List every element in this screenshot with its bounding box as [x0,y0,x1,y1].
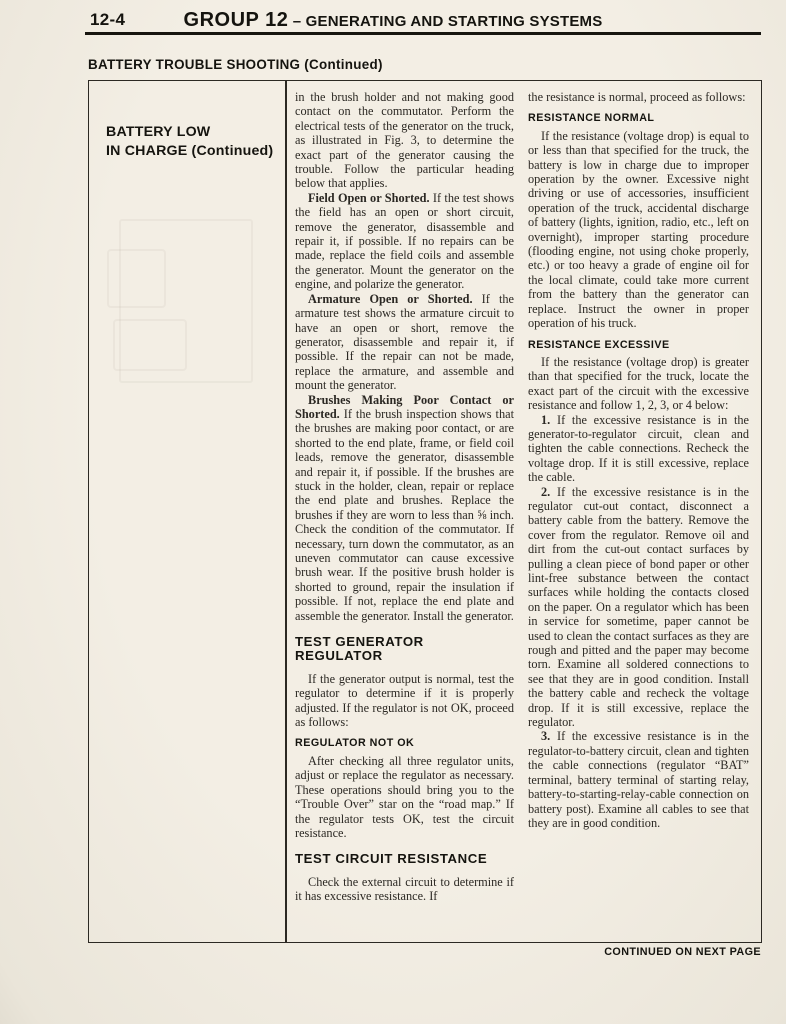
paragraph-lead: 2. [541,485,557,499]
paragraph: Check the external circuit to determine … [295,875,514,904]
row-label-line1: BATTERY LOW [106,124,210,140]
column-divider [285,81,287,942]
column-heading: TEST GENERATOR REGULATOR [295,635,514,664]
footer-continued-note: CONTINUED ON NEXT PAGE [604,946,761,958]
paragraph: 3. If the excessive resistance is in the… [528,729,749,830]
row-label: BATTERY LOW IN CHARGE (Continued) [106,123,276,161]
column-middle: in the brush holder and not making good … [295,90,514,904]
paragraph: If the generator output is normal, test … [295,672,514,730]
header-rule [85,32,761,35]
group-header-group: GROUP 12 [184,9,289,31]
paragraph-lead: Field Open or Shorted. [308,191,433,205]
paragraph-lead: Armature Open or Shorted. [308,292,482,306]
section-title: BATTERY TROUBLE SHOOTING (Continued) [88,57,383,72]
sub-heading: REGULATOR NOT OK [295,736,514,750]
column-heading: TEST CIRCUIT RESISTANCE [295,852,514,866]
paragraph: 1. If the excessive resistance is in the… [528,413,749,485]
paragraph: Armature Open or Shorted. If the armatur… [295,292,514,393]
paragraph: If the resistance (voltage drop) is grea… [528,355,749,413]
bleed-through-shape [107,249,166,308]
paragraph: 2. If the excessive resistance is in the… [528,485,749,730]
paragraph: Field Open or Shorted. If the test shows… [295,191,514,292]
manual-page: 12-4 GROUP 12 – GENERATING AND STARTING … [0,0,786,1024]
bleed-through-shape [113,319,187,371]
trouble-shooting-table: BATTERY LOW IN CHARGE (Continued) in the… [88,80,762,943]
row-label-line2: IN CHARGE (Continued) [106,143,273,159]
paragraph-lead: 3. [541,729,557,743]
paragraph-lead: 1. [541,413,557,427]
paragraph: in the brush holder and not making good … [295,90,514,191]
sub-heading: RESISTANCE EXCESSIVE [528,338,749,352]
paragraph-lead: Brushes Making Poor Contact or Shorted. [295,393,514,421]
paragraph: After checking all three regulator units… [295,754,514,840]
paragraph: the resistance is normal, proceed as fol… [528,90,749,104]
bleed-through-shape [119,219,253,383]
bleed-through-artifact [111,201,271,401]
group-header-subject: – GENERATING AND STARTING SYSTEMS [293,13,603,30]
group-header: GROUP 12 – GENERATING AND STARTING SYSTE… [0,9,786,32]
sub-heading: RESISTANCE NORMAL [528,111,749,125]
column-right: the resistance is normal, proceed as fol… [528,90,749,830]
paragraph: Brushes Making Poor Contact or Shorted. … [295,393,514,624]
paragraph: If the resistance (voltage drop) is equa… [528,129,749,331]
